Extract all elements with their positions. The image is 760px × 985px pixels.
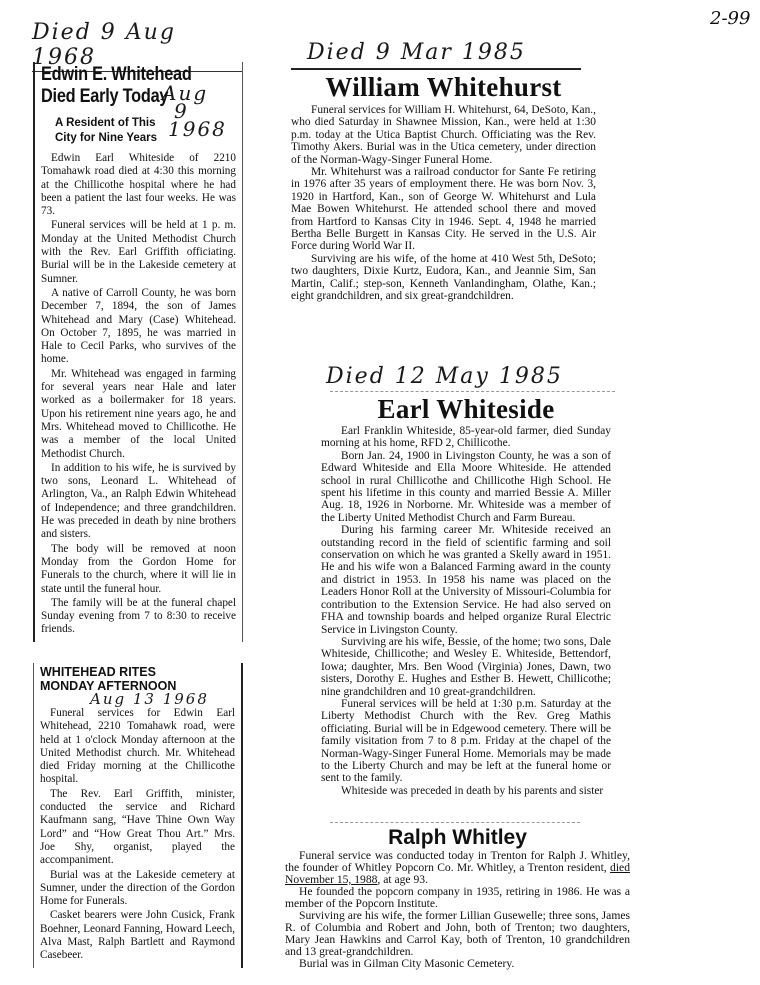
paragraph: Mr. Whitehurst was a railroad conductor …: [291, 166, 596, 253]
paragraph: Surviving are his wife, Bessie, of the h…: [321, 636, 611, 698]
headline-line: Died Early Today: [41, 86, 209, 108]
paragraph: He founded the popcorn company in 1935, …: [285, 886, 630, 910]
article-body: Funeral services for William H. Whitehur…: [291, 104, 596, 303]
paragraph: Surviving are his wife, of the home at 4…: [291, 253, 596, 303]
divider-rule: [291, 68, 581, 70]
paragraph: Earl Franklin Whiteside, 85-year-old far…: [321, 425, 611, 450]
paragraph: Born Jan. 24, 1900 in Livingston County,…: [321, 450, 611, 524]
clipping-whitley-obituary: Ralph Whitley Funeral service was conduc…: [285, 820, 630, 970]
paragraph-text: Funeral service was conducted today in T…: [285, 849, 630, 874]
deceased-name: Earl Whiteside: [321, 394, 611, 424]
paragraph: Funeral services for Edwin Earl Whitehea…: [40, 707, 235, 787]
paragraph: The family will be at the funeral chapel…: [41, 597, 236, 637]
subheadline: A Resident of This City for Nine Years: [55, 116, 236, 146]
paragraph: Funeral services for William H. Whitehur…: [291, 104, 596, 166]
paragraph: Surviving are his wife, the former Lilli…: [285, 910, 630, 958]
paragraph: Burial was in Gilman City Masonic Cemete…: [285, 958, 630, 970]
clipping-whitehurst-obituary: William Whitehurst Funeral services for …: [291, 72, 596, 303]
paragraph: Funeral services will be held at 1 p. m.…: [41, 219, 236, 285]
paragraph: Burial was at the Lakeside cemetery at S…: [40, 869, 235, 909]
paragraph: Mr. Whitehead was engaged in farming for…: [41, 368, 236, 461]
article-body: Funeral services for Edwin Earl Whitehea…: [40, 707, 235, 963]
clipping-whitehead-obituary: Edwin E. Whitehead Died Early Today A Re…: [33, 62, 243, 642]
subheadline-line: City for Nine Years: [55, 131, 236, 146]
subheadline-line: A Resident of This: [55, 116, 236, 131]
handwritten-date: Aug 13 1968: [90, 690, 209, 708]
handwritten-death-date: Died 12 May 1985: [326, 364, 563, 389]
deceased-name: Ralph Whitley: [285, 826, 630, 850]
headline: WHITEHEAD RITES MONDAY AFTERNOON: [40, 665, 235, 693]
paragraph: Funeral service was conducted today in T…: [285, 850, 630, 886]
paragraph: The body will be removed at noon Monday …: [41, 543, 236, 596]
paragraph: Edwin Earl Whiteside of 2210 Tomahawk ro…: [41, 152, 236, 218]
paragraph: A native of Carroll County, he was born …: [41, 287, 236, 367]
paragraph: During his farming career Mr. Whiteside …: [321, 524, 611, 636]
article-body: Funeral service was conducted today in T…: [285, 850, 630, 970]
article-body: Edwin Earl Whiteside of 2210 Tomahawk ro…: [41, 152, 236, 637]
deceased-name: William Whitehurst: [291, 72, 596, 102]
clipping-whiteside-obituary: Earl Whiteside Earl Franklin Whiteside, …: [321, 390, 611, 797]
headline-line: WHITEHEAD RITES: [40, 665, 235, 679]
headline: Edwin E. Whitehead Died Early Today: [41, 64, 209, 108]
paragraph: Whiteside was preceded in death by his p…: [321, 785, 611, 797]
article-body: Earl Franklin Whiteside, 85-year-old far…: [321, 425, 611, 797]
page-annotation: 2-99: [710, 8, 750, 29]
headline-line: Edwin E. Whitehead: [41, 64, 209, 86]
paragraph: The Rev. Earl Griffith, minister, conduc…: [40, 788, 235, 868]
paragraph: Casket bearers were John Cusick, Frank B…: [40, 909, 235, 962]
handwritten-death-date: Died 9 Mar 1985: [307, 40, 526, 65]
paragraph: In addition to his wife, he is survived …: [41, 462, 236, 542]
paragraph: Funeral services will be held at 1:30 p.…: [321, 698, 611, 785]
clipping-whitehead-rites: WHITEHEAD RITES MONDAY AFTERNOON Funeral…: [33, 663, 243, 968]
